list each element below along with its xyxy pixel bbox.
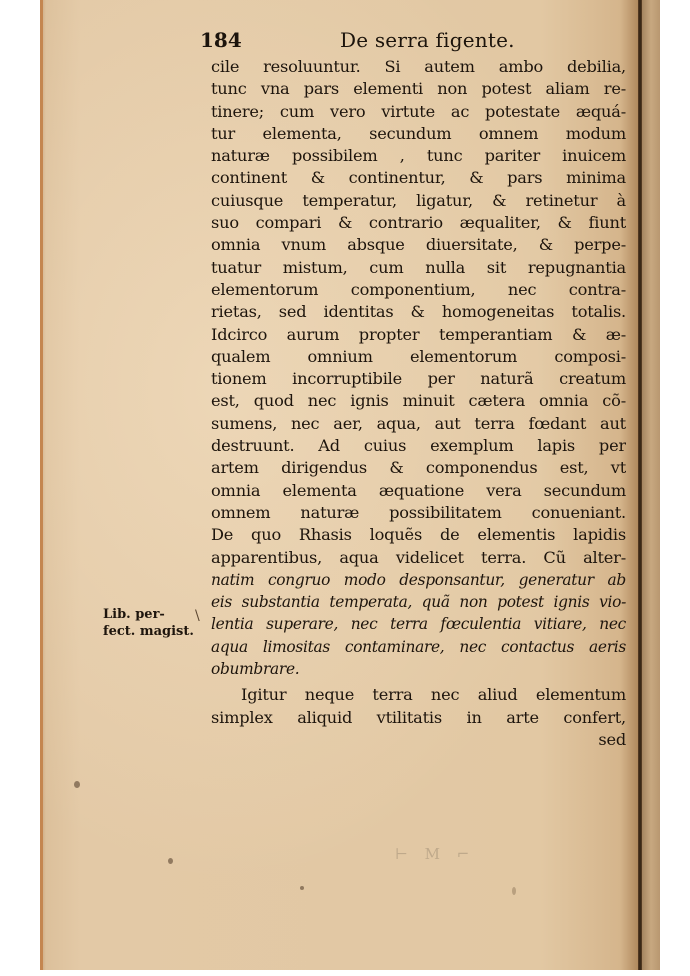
catchword: sed: [211, 729, 626, 751]
text-line: continent & continentur, & pars minima: [211, 167, 626, 189]
text-line: omnia elementa æquatione vera secundum: [211, 480, 626, 502]
text-line: tinere; cum vero virtute ac potestate æq…: [211, 101, 626, 123]
paragraph-line: Igitur neque terra nec aliud elementum: [211, 684, 626, 706]
text-line: De quo Rhasis loquẽs de elementis lapidi…: [211, 524, 626, 546]
text-line: destruunt. Ad cuius exemplum lapis per: [211, 435, 626, 457]
main-text-block: cile resoluuntur. Si autem ambo debilia,…: [211, 56, 626, 751]
paragraph-line: simplex aliquid vtilitatis in arte confe…: [211, 707, 626, 729]
paper-speck: [74, 781, 80, 788]
paper-speck: [300, 886, 304, 890]
running-head: 184 De serra figente.: [200, 28, 630, 54]
text-line: artem dirigendus & componendus est, vt: [211, 457, 626, 479]
text-line: elementorum componentium, nec contra-: [211, 279, 626, 301]
quotation-line: aqua limositas contaminare, nec contactu…: [211, 636, 626, 658]
marginal-note: Lib. per- fect. magist.: [103, 606, 203, 640]
quotation-line: natim congruo modo desponsantur, generat…: [211, 569, 626, 591]
paper-speck: [512, 887, 516, 895]
text-line: tionem incorruptibile per naturã creatum: [211, 368, 626, 390]
text-line: naturæ possibilem , tunc pariter inuicem: [211, 145, 626, 167]
running-title: De serra figente.: [340, 28, 515, 52]
page-number: 184: [200, 28, 242, 52]
adjacent-page-strip: [642, 0, 660, 970]
margin-bracket-mark: \: [195, 608, 200, 624]
marginal-note-line: Lib. per-: [103, 606, 203, 623]
text-line: apparentibus, aqua videlicet terra. Cũ a…: [211, 547, 626, 569]
text-line: sumens, nec aer, aqua, aut terra fœdant …: [211, 413, 626, 435]
quotation-line: eis substantia temperata, quã non potest…: [211, 591, 626, 613]
text-line: tur elementa, secundum omnem modum: [211, 123, 626, 145]
text-line: omnem naturæ possibilitatem conueniant.: [211, 502, 626, 524]
text-line: tunc vna pars elementi non potest aliam …: [211, 78, 626, 100]
show-through-text: ⊢ M ⌐: [395, 845, 475, 863]
text-line: qualem omnium elementorum composi-: [211, 346, 626, 368]
paper-speck: [168, 858, 173, 864]
quotation-line: lentia superare, nec terra fœculentia vi…: [211, 613, 626, 635]
text-line: Idcirco aurum propter temperantiam & æ-: [211, 324, 626, 346]
text-line: est, quod nec ignis minuit cætera omnia …: [211, 390, 626, 412]
marginal-note-line: fect. magist.: [103, 623, 203, 640]
text-line: tuatur mistum, cum nulla sit repugnantia: [211, 257, 626, 279]
text-line: cuiusque temperatur, ligatur, & retinetu…: [211, 190, 626, 212]
page-edge: [40, 0, 43, 970]
text-line: cile resoluuntur. Si autem ambo debilia,: [211, 56, 626, 78]
quotation-line: obumbrare.: [211, 658, 626, 680]
text-line: rietas, sed identitas & homogeneitas tot…: [211, 301, 626, 323]
text-line: suo compari & contrario æqualiter, & fiu…: [211, 212, 626, 234]
text-line: omnia vnum absque diuersitate, & perpe-: [211, 234, 626, 256]
